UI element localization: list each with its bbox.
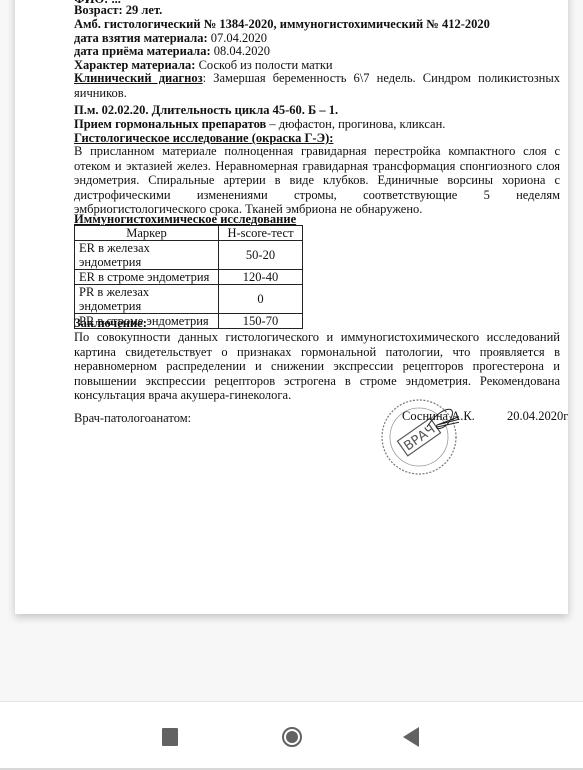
date-received-value: 08.04.2020 — [211, 44, 270, 58]
date-taken-line: дата взятия материала: 07.04.2020 — [74, 31, 267, 45]
document-page: ФИО: ... Возраст: 29 лет. Амб. гистологи… — [15, 0, 568, 614]
signature-label: Врач-патологоанатом: — [74, 411, 191, 426]
doctor-name: Соснина А.К. — [402, 409, 475, 424]
conclusion-heading: Заключение: — [74, 316, 147, 330]
date-taken-label: дата взятия материала: — [74, 31, 208, 45]
stamp-text: ВРАЧ — [401, 422, 438, 454]
signature-date: 20.04.2020г. — [507, 409, 568, 424]
hormones-value: – дюфастон, прогинова, кликсан. — [266, 117, 445, 131]
amb-number-line: Амб. гистологический № 1384-2020, иммуно… — [74, 17, 490, 31]
date-received-line: дата приёма материала: 08.04.2020 — [74, 44, 270, 58]
ihc-marker-cell: ER в строме эндометрия — [75, 270, 219, 285]
ihc-marker-cell: ER в железах эндометрия — [75, 241, 219, 270]
hormones-line: Прием гормональных препаратов – дюфастон… — [74, 117, 445, 131]
date-received-label: дата приёма материала: — [74, 44, 211, 58]
circle-home-icon — [282, 727, 302, 747]
ihc-table-header: Маркер H-score-тест — [75, 226, 303, 241]
diagnosis-paragraph: Клинический диагноз: Замершая беременнос… — [74, 71, 560, 100]
ihc-heading: Иммуногистохимическое исследование — [74, 212, 296, 226]
age-line: Возраст: 29 лет. — [74, 3, 162, 17]
cycle-line: П.м. 02.02.20. Длительность цикла 45-60.… — [74, 103, 338, 117]
material-value: Соскоб из полости матки — [195, 58, 332, 72]
ihc-header-marker: Маркер — [75, 226, 219, 241]
table-row: ER в железах эндометрия 50-20 — [75, 241, 303, 270]
date-taken-value: 07.04.2020 — [208, 31, 267, 45]
ihc-marker-cell: PR в железах эндометрия — [75, 285, 219, 314]
back-button[interactable] — [400, 726, 422, 748]
ihc-value-cell: 120-40 — [219, 270, 303, 285]
conclusion-text: По совокупности данных гистологического … — [74, 330, 560, 403]
material-line: Характер материала: Соскоб из полости ма… — [74, 58, 333, 72]
histology-text: В присланном материале полноценная грави… — [74, 144, 560, 217]
square-recents-icon — [162, 728, 178, 746]
table-row: ER в строме эндометрия 120-40 — [75, 270, 303, 285]
triangle-back-icon — [403, 727, 419, 747]
ihc-table: Маркер H-score-тест ER в железах эндомет… — [74, 225, 303, 329]
diagnosis-label: Клинический диагноз — [74, 71, 203, 85]
hormones-label: Прием гормональных препаратов — [74, 117, 266, 131]
material-label: Характер материала: — [74, 58, 195, 72]
histology-heading: Гистологическое исследование (окраска Г-… — [74, 131, 333, 145]
ihc-header-hscore: H-score-тест — [219, 226, 303, 241]
ihc-value-cell: 0 — [219, 285, 303, 314]
home-button[interactable] — [281, 726, 303, 748]
table-row: PR в железах эндометрия 0 — [75, 285, 303, 314]
ihc-value-cell: 150-70 — [219, 314, 303, 329]
android-navigation-bar — [0, 701, 583, 770]
ihc-value-cell: 50-20 — [219, 241, 303, 270]
recents-button[interactable] — [159, 726, 181, 748]
